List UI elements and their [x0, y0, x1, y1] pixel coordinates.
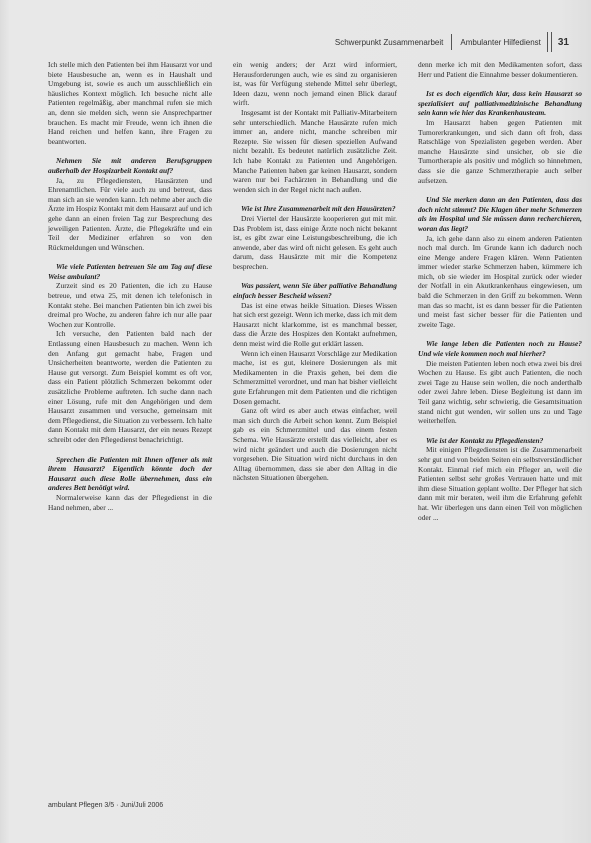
text-column-2: ein wenig anders; der Arzt wird informie… [233, 60, 397, 483]
text-column-3: denn merke ich mit den Medikamenten sofo… [418, 60, 582, 522]
answer-paragraph: Ja, zu Pflegediensten, Hausärzten und Eh… [48, 176, 212, 253]
running-header: Schwerpunkt Zusammenarbeit Ambulanter Hi… [335, 34, 569, 50]
answer-paragraph: Mit einigen Pflegediensten ist die Zusam… [418, 445, 582, 522]
answer-paragraph: Die meisten Patienten leben noch etwa zw… [418, 359, 582, 426]
text-column-1: Ich stelle mich den Patienten bei ihm Ha… [48, 60, 212, 512]
answer-paragraph: Drei Viertel der Hausärzte kooperieren g… [233, 214, 397, 272]
answer-paragraph: Das ist eine etwas heikle Situation. Die… [233, 301, 397, 349]
answer-paragraph: Wenn ich einen Hausarzt Vorschläge zur M… [233, 349, 397, 407]
answer-paragraph: Ja, ich gehe dann also zu einem anderen … [418, 234, 582, 330]
interview-question: Ist es doch eigentlich klar, dass kein H… [418, 89, 582, 118]
answer-paragraph: Ganz oft wird es aber auch etwas einfach… [233, 406, 397, 483]
header-subsection: Ambulanter Hilfedienst [460, 38, 540, 47]
page-number: 31 [558, 37, 569, 48]
interview-question: Wie ist der Kontakt zu Pflegediensten? [418, 436, 582, 446]
header-divider [451, 34, 452, 50]
answer-paragraph: ein wenig anders; der Arzt wird informie… [233, 60, 397, 108]
answer-paragraph: Insgesamt ist der Kontakt mit Palliativ-… [233, 108, 397, 194]
header-divider-double [547, 32, 552, 52]
interview-question: Wie lange leben die Patienten noch zu Ha… [418, 339, 582, 358]
magazine-page: Schwerpunkt Zusammenarbeit Ambulanter Hi… [0, 0, 591, 843]
answer-paragraph: Im Hausarzt haben gegen Patienten mit Tu… [418, 118, 582, 185]
interview-question: Was passiert, wenn Sie über palliative B… [233, 281, 397, 300]
answer-paragraph: denn merke ich mit den Medikamenten sofo… [418, 60, 582, 79]
page-footer: ambulant Pflegen 3/5 · Juni/Juli 2006 [48, 802, 163, 809]
header-section: Schwerpunkt Zusammenarbeit [335, 38, 444, 47]
answer-paragraph: Zurzeit sind es 20 Patienten, die ich zu… [48, 281, 212, 329]
answer-paragraph: Normalerweise kann das der Pflegedienst … [48, 493, 212, 512]
answer-paragraph: Ich versuche, den Patienten bald nach de… [48, 329, 212, 444]
interview-question: Wie viele Patienten betreuen Sie am Tag … [48, 262, 212, 281]
interview-question: Sprechen die Patienten mit Ihnen offener… [48, 455, 212, 493]
interview-question: Nehmen Sie mit anderen Berufsgruppen auß… [48, 156, 212, 175]
answer-paragraph: Ich stelle mich den Patienten bei ihm Ha… [48, 60, 212, 146]
interview-question: Und Sie merken dann an den Patienten, da… [418, 195, 582, 233]
interview-question: Wie ist Ihre Zusammenarbeit mit den Haus… [233, 204, 397, 214]
